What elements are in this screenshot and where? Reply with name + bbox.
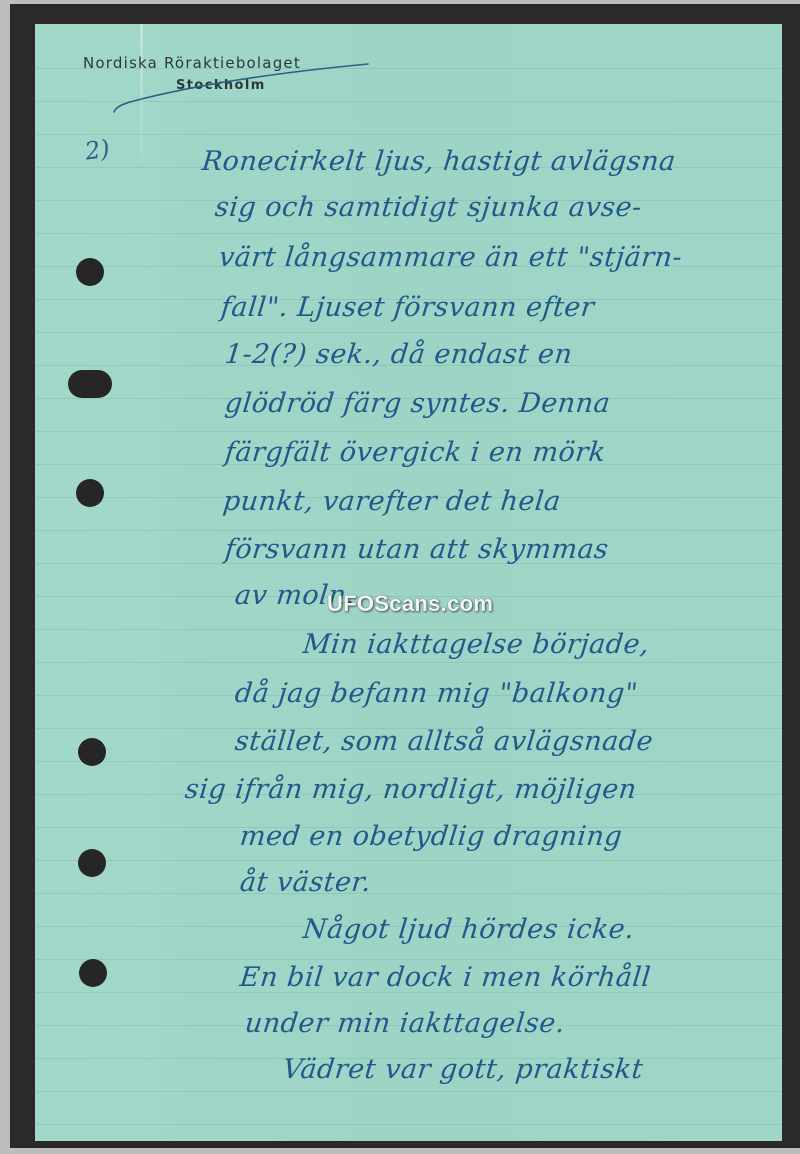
body-line: med en obetydlig dragning — [238, 821, 623, 852]
punch-hole-double — [68, 370, 112, 398]
body-line: värt långsammare än ett "stjärn- — [217, 242, 683, 273]
handwritten-body: Ronecirkelt ljus, hastigt avlägsna sig o… — [35, 24, 782, 1141]
body-line: glödröd färg syntes. Denna — [223, 388, 611, 419]
punch-hole — [76, 258, 104, 286]
body-line: Något ljud hördes icke. — [301, 914, 636, 945]
punch-hole — [78, 849, 106, 877]
body-line: Min iakttagelse började, — [301, 629, 650, 660]
body-line: 1-2(?) sek., då endast en — [223, 339, 574, 370]
body-line: Ronecirkelt ljus, hastigt avlägsna — [200, 146, 677, 177]
watermark: UFOScans.com — [327, 591, 493, 617]
body-line: färgfält övergick i en mörk — [223, 437, 607, 468]
body-line: En bil var dock i men körhåll — [238, 962, 652, 993]
letter-paper: Nordiska Röraktiebolaget Stockholm 2) Ro… — [35, 24, 782, 1141]
body-line: åt väster. — [238, 867, 372, 898]
body-line: fall". Ljuset försvann efter — [219, 292, 596, 323]
body-line: försvann utan att skymmas — [223, 534, 610, 565]
scan-frame: Nordiska Röraktiebolaget Stockholm 2) Ro… — [10, 4, 800, 1148]
body-line: stället, som alltså avlägsnade — [233, 726, 654, 757]
body-line: sig och samtidigt sjunka avse- — [213, 192, 643, 223]
body-line: Vädret var gott, praktiskt — [281, 1054, 644, 1085]
body-line: sig ifrån mig, nordligt, möjligen — [183, 774, 638, 805]
body-line: punkt, varefter det hela — [221, 486, 562, 517]
punch-hole — [76, 479, 104, 507]
punch-hole — [78, 738, 106, 766]
punch-hole — [79, 959, 107, 987]
body-line: under min iakttagelse. — [243, 1008, 566, 1039]
body-line: då jag befann mig "balkong" — [233, 678, 639, 709]
